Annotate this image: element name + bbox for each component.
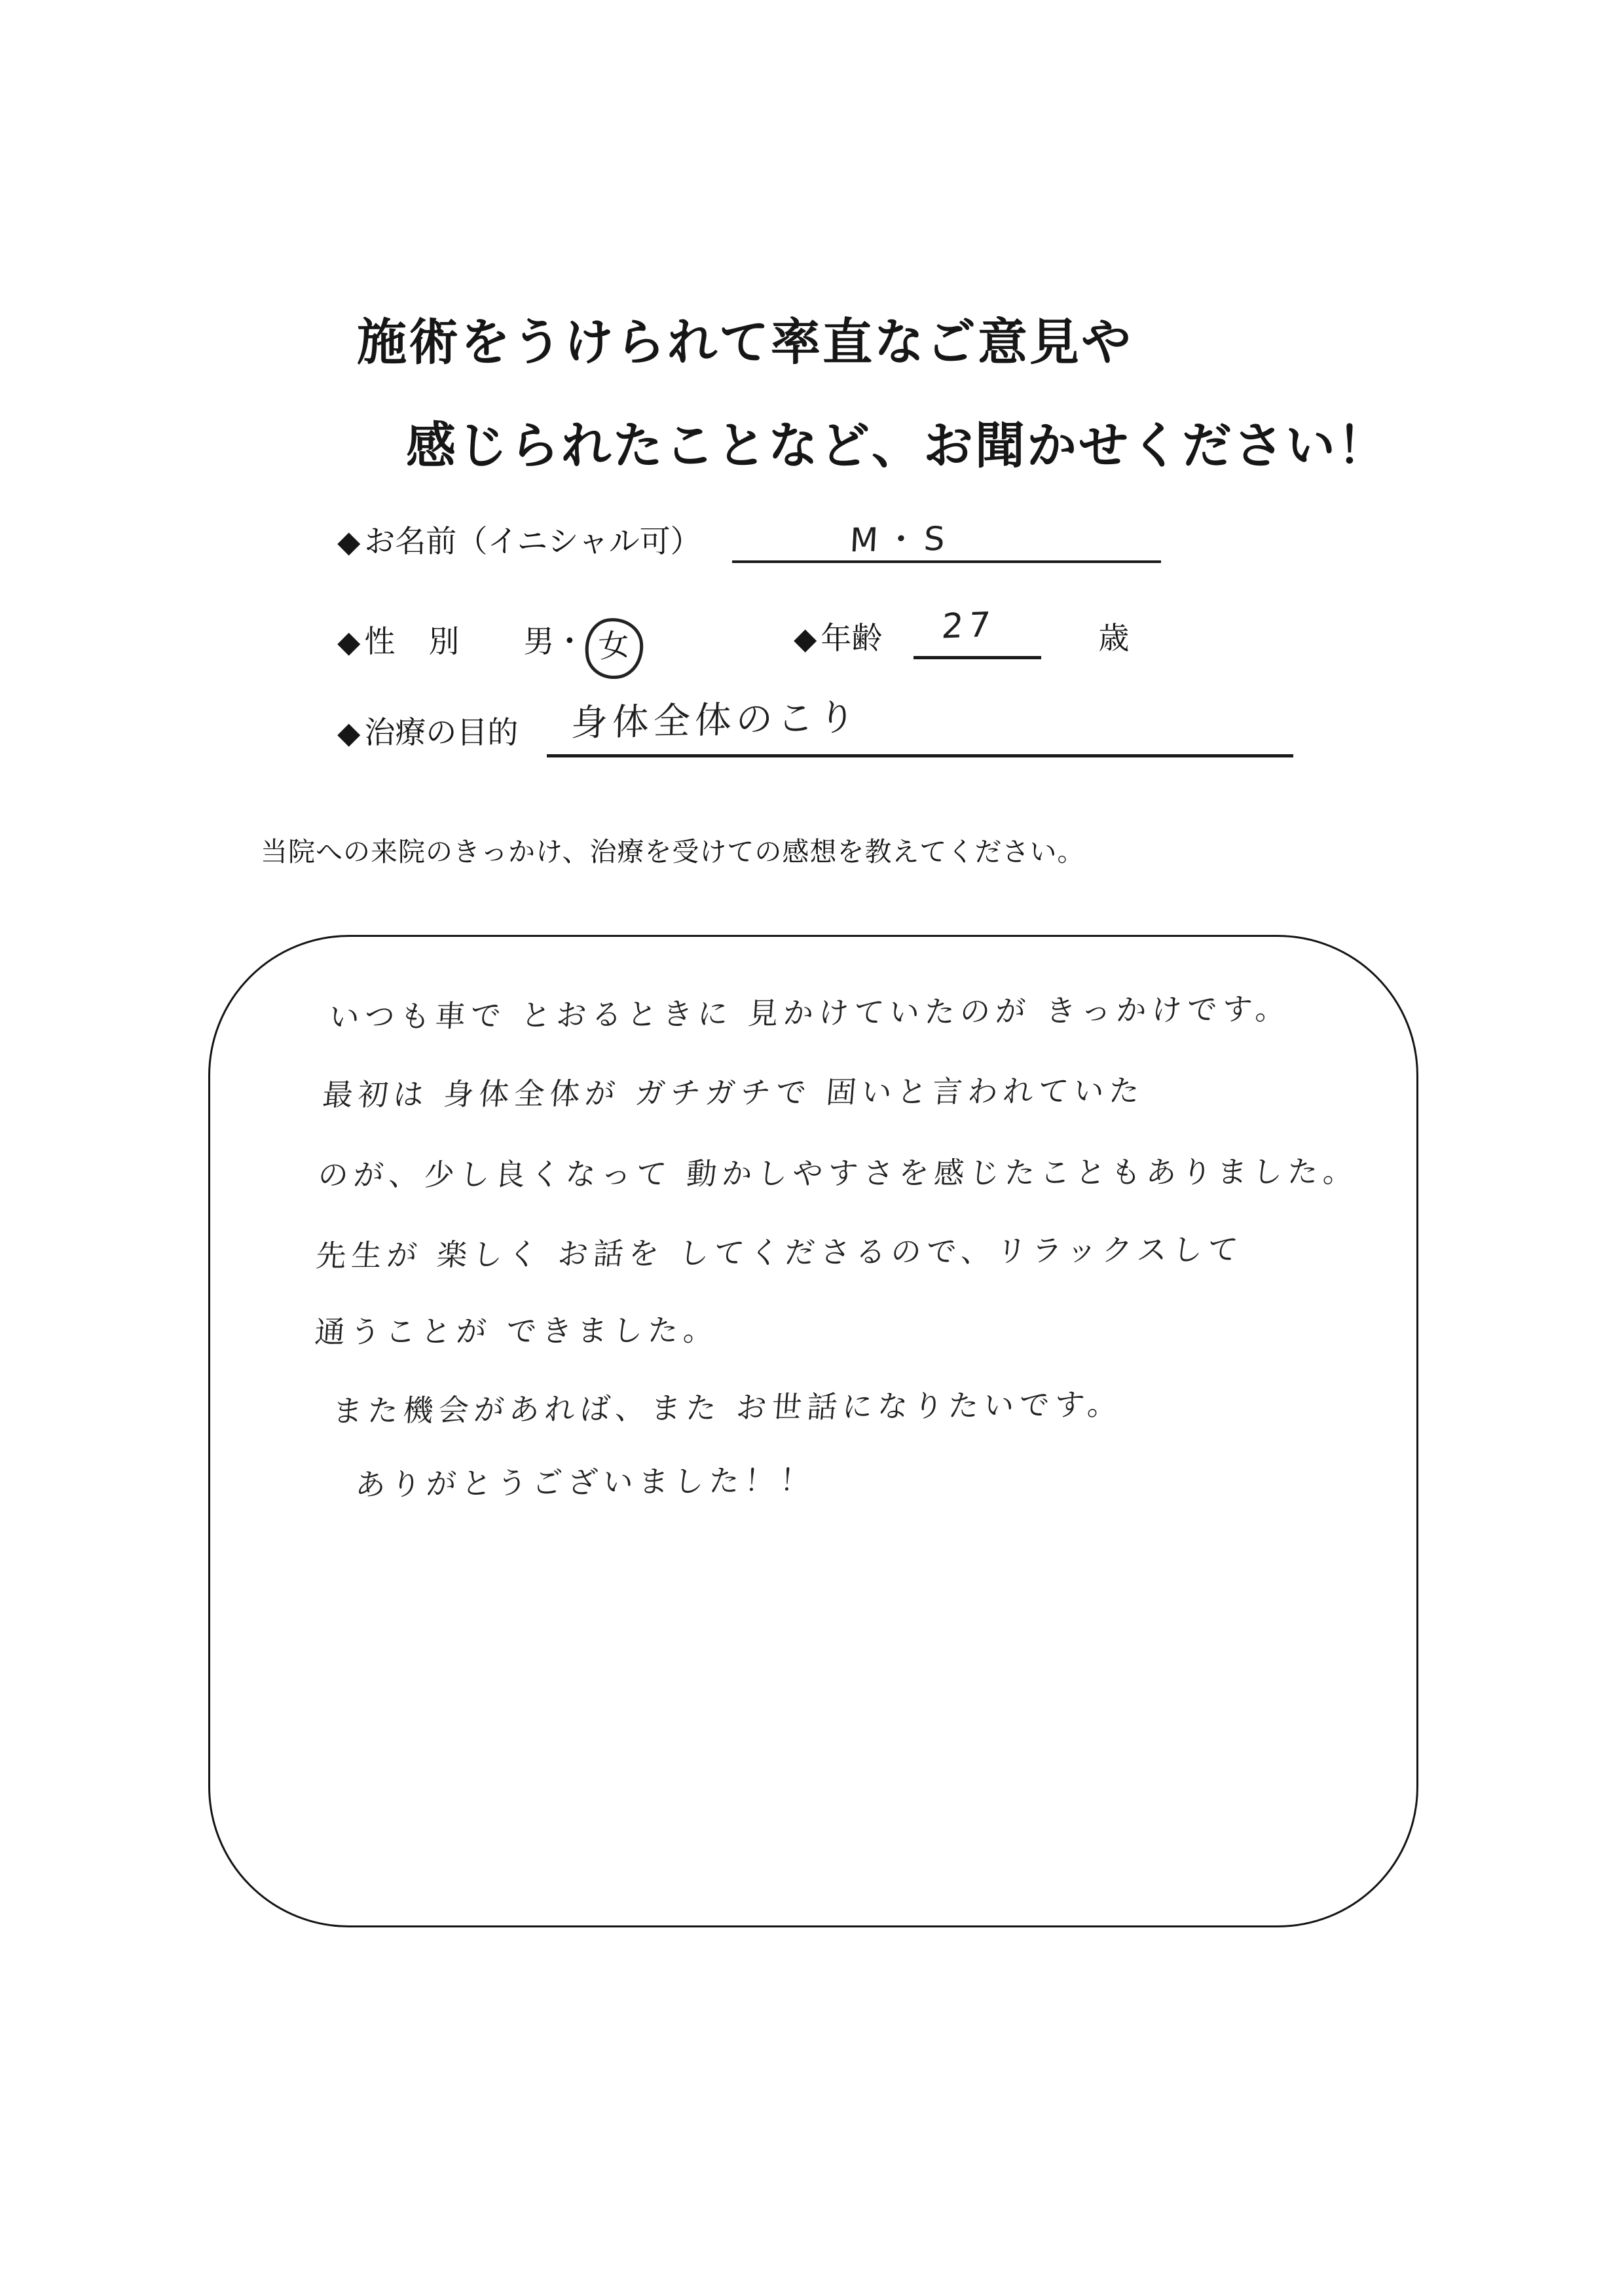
response-line: いつも車で とおるときに 見かけていたのが きっかけです。: [328, 985, 1292, 1037]
age-write-line: [913, 656, 1041, 659]
purpose-write-line: [547, 754, 1293, 757]
gender-option-female: 女: [597, 627, 631, 665]
diamond-bullet-icon: ◆: [337, 524, 360, 559]
age-unit-label: 歳: [1098, 621, 1129, 657]
name-write-line: [732, 560, 1161, 563]
purpose-field-label: 治療の目的: [364, 715, 518, 751]
name-field-row: ◆お名前（イニシャル可）: [337, 517, 701, 561]
gender-option-male: 男: [523, 624, 554, 660]
response-box: いつも車で とおるときに 見かけていたのが きっかけです。 最初は 身体全体が …: [208, 935, 1418, 1927]
diamond-bullet-icon: ◆: [337, 624, 360, 659]
purpose-field-row: ◆治療の目的: [337, 708, 518, 752]
response-line: 通うことが できました。: [314, 1306, 720, 1351]
purpose-handwritten-value: 身体全体のこり: [570, 688, 860, 746]
gender-option-separator: ・: [554, 624, 585, 660]
gender-field-label: 性 別: [364, 624, 460, 660]
page-title-line-1: 施術をうけられて率直なご意見や: [357, 302, 1133, 374]
questionnaire-page: 施術をうけられて率直なご意見や 感じられたことなど、お聞かせください！ ◆お名前…: [0, 0, 1624, 2296]
response-line: 先生が 楽しく お話を してくださるので、リラックスして: [314, 1226, 1245, 1275]
gender-option-female-circled: 女: [583, 615, 646, 681]
age-field-label: 年齢: [821, 621, 882, 657]
response-prompt: 当院への来院のきっかけ、治療を受けての感想を教えてください。: [261, 830, 1084, 869]
age-handwritten-value: 27: [940, 605, 997, 646]
response-line: また機会があれば、また お世話になりたいです。: [331, 1381, 1124, 1431]
diamond-bullet-icon: ◆: [794, 621, 817, 656]
name-field-label: お名前（イニシャル可）: [364, 524, 701, 560]
name-handwritten-value: M・S: [849, 513, 953, 562]
gender-field-row: ◆性 別男・女: [337, 614, 643, 675]
response-line: 最初は 身体全体が ガチガチで 固いと言われていた: [321, 1067, 1146, 1115]
response-line: ありがとうございました！！: [354, 1456, 817, 1504]
page-title-line-2: 感じられたことなど、お聞かせください！: [406, 406, 1389, 477]
diamond-bullet-icon: ◆: [337, 715, 360, 750]
response-line: のが、少し良くなって 動かしやすさを感じたこともありました。: [317, 1148, 1360, 1195]
